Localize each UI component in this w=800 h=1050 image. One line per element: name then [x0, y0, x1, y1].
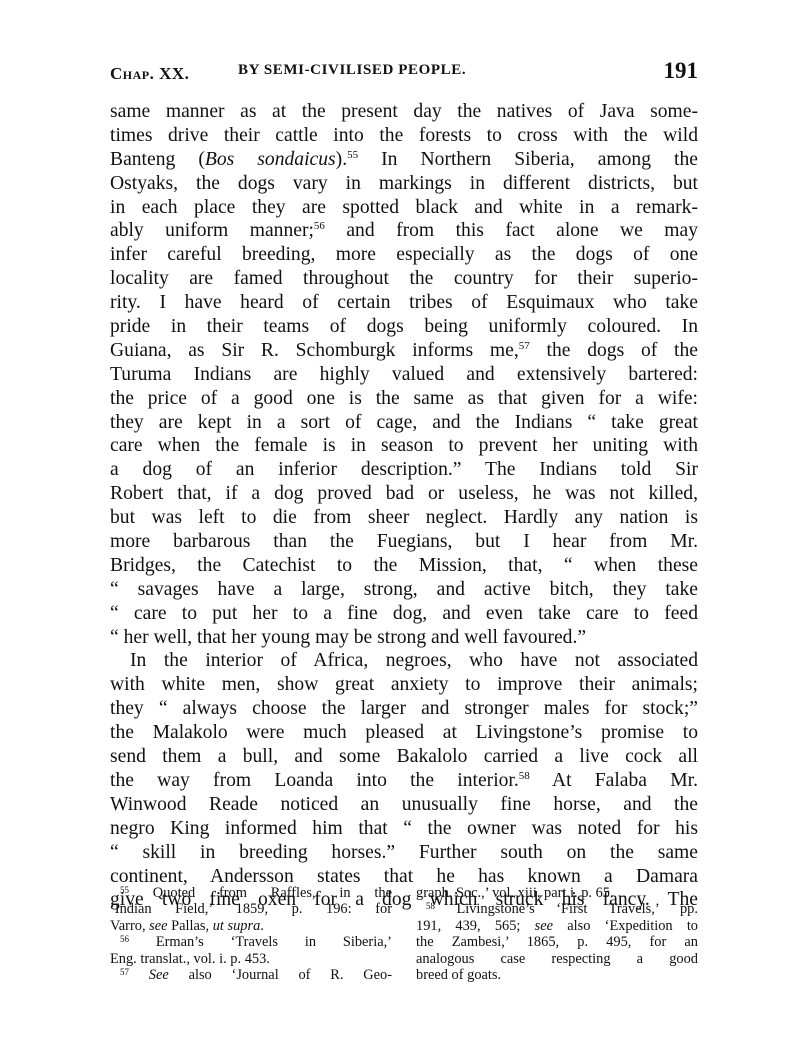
footnote-text: also ‘Journal of R. Geo-	[169, 967, 392, 983]
footnotes-left-column: 55 Quoted from Raffles, in the ‘Indian F…	[110, 885, 392, 983]
text-fragment: At Falaba Mr.	[530, 770, 698, 791]
text-line: they are kept in a sort of cage, and the…	[110, 411, 698, 435]
footnote-number: 56	[120, 934, 129, 944]
footnote-58: 58 Livingstone’s ‘First Travels,’ pp.	[416, 901, 698, 917]
footnote-number: 57	[120, 967, 129, 977]
running-head: Chap. XX. BY SEMI-CIVILISED PEOPLE. 191	[110, 58, 698, 88]
text-fragment: the way from Loanda into the interior.	[110, 770, 519, 791]
text-fragment: ably uniform manner;	[110, 220, 314, 241]
footnote-line: ‘Indian Field,’ 1859, p. 196: for	[110, 901, 392, 917]
text-line: Robert that, if a dog proved bad or usel…	[110, 482, 698, 506]
italic-text: ut supra	[213, 918, 261, 934]
text-line: pride in their teams of dogs being unifo…	[110, 315, 698, 339]
text-line: “ her well, that her young may be strong…	[110, 626, 698, 650]
text-line: Bridges, the Catechist to the Mission, t…	[110, 554, 698, 578]
text-line: “ savages have a large, strong, and acti…	[110, 578, 698, 602]
italic-text: See	[149, 967, 169, 983]
footnote-57: 57 See also ‘Journal of R. Geo-	[110, 967, 392, 983]
text-line: send them a bull, and some Bakalolo carr…	[110, 745, 698, 769]
footnote-text: Quoted from Raffles, in the	[153, 885, 392, 901]
footnote-line: Eng. translat., vol. i. p. 453.	[110, 951, 392, 967]
text-line: Banteng (Bos sondaicus).55 In Northern S…	[110, 148, 698, 172]
footnotes-right-column: graph. Soc.,’ vol. xiii. part i. p. 65. …	[416, 885, 698, 983]
footnote-number: 55	[120, 885, 129, 895]
text-fragment: the dogs of the	[530, 340, 698, 361]
footnote-ref[interactable]: 56	[314, 220, 325, 232]
footnote-line: 191, 439, 565; see also ‘Expedition to	[416, 918, 698, 934]
chapter-label: Chap. XX.	[110, 64, 189, 84]
footnote-line: graph. Soc.,’ vol. xiii. part i. p. 65.	[416, 885, 698, 901]
text-line: care when the female is in season to pre…	[110, 434, 698, 458]
footnote-ref[interactable]: 57	[519, 340, 530, 352]
footnote-line: breed of goats.	[416, 967, 698, 983]
footnote-line: the Zambesi,’ 1865, p. 495, for an	[416, 934, 698, 950]
footnote-55: 55 Quoted from Raffles, in the	[110, 885, 392, 901]
text-fragment: In Northern Siberia, among the	[358, 149, 698, 170]
text-line: rity. I have heard of certain tribes of …	[110, 291, 698, 315]
text-line: but was left to die from sheer neglect. …	[110, 506, 698, 530]
body-text: same manner as at the present day the na…	[110, 100, 698, 912]
text-fragment: Pallas,	[168, 918, 213, 934]
text-line: ably uniform manner;56 and from this fac…	[110, 219, 698, 243]
footnote-text: Livingstone’s ‘First Travels,’ pp.	[456, 901, 698, 917]
paragraph-start-line: In the interior of Africa, negroes, who …	[110, 649, 698, 673]
text-fragment: Guiana, as Sir R. Schomburgk informs me,	[110, 340, 519, 361]
footnote-56: 56 Erman’s ‘Travels in Siberia,’	[110, 934, 392, 950]
text-line: the way from Loanda into the interior.58…	[110, 769, 698, 793]
text-line: Guiana, as Sir R. Schomburgk informs me,…	[110, 339, 698, 363]
text-line: “ skill in breeding horses.” Further sou…	[110, 841, 698, 865]
text-line: Ostyaks, the dogs vary in markings in di…	[110, 172, 698, 196]
footnote-ref[interactable]: 58	[519, 770, 530, 782]
text-fragment: also ‘Expedition to	[553, 918, 698, 934]
italic-text: see	[535, 918, 553, 934]
text-line: locality are famed throughout the countr…	[110, 267, 698, 291]
italic-species-name: Bos sondaicus	[205, 149, 336, 170]
text-line: the price of a good one is the same as t…	[110, 387, 698, 411]
text-line: “ care to put her to a fine dog, and eve…	[110, 602, 698, 626]
text-fragment: Varro,	[110, 918, 149, 934]
text-line: the Malakolo were much pleased at Living…	[110, 721, 698, 745]
text-line: same manner as at the present day the na…	[110, 100, 698, 124]
text-line: in each place they are spotted black and…	[110, 196, 698, 220]
text-line: a dog of an inferior description.” The I…	[110, 458, 698, 482]
text-line: with white men, show great anxiety to im…	[110, 673, 698, 697]
italic-text: see	[149, 918, 167, 934]
footnote-line: analogous case respecting a good	[416, 951, 698, 967]
footnote-ref[interactable]: 55	[347, 149, 358, 161]
text-fragment: and from this fact alone we may	[325, 220, 698, 241]
running-title: BY SEMI-CIVILISED PEOPLE.	[238, 62, 466, 79]
text-line: more barbarous than the Fuegians, but I …	[110, 530, 698, 554]
book-page: Chap. XX. BY SEMI-CIVILISED PEOPLE. 191 …	[110, 58, 698, 912]
page-number: 191	[664, 58, 699, 84]
text-line: negro King informed him that “ the owner…	[110, 817, 698, 841]
footnote-number: 58	[426, 901, 435, 911]
text-line: Winwood Reade noticed an unusually fine …	[110, 793, 698, 817]
footnote-line: Varro, see Pallas, ut supra.	[110, 918, 392, 934]
text-fragment: .	[260, 918, 264, 934]
text-fragment: ).	[336, 149, 347, 170]
text-fragment: Banteng (	[110, 149, 205, 170]
text-line: Turuma Indians are highly valued and ext…	[110, 363, 698, 387]
text-line: they “ always choose the larger and stro…	[110, 697, 698, 721]
text-line: times drive their cattle into the forest…	[110, 124, 698, 148]
footnote-text: Erman’s ‘Travels in Siberia,’	[156, 934, 392, 950]
text-line: infer careful breeding, more especially …	[110, 243, 698, 267]
text-fragment: 191, 439, 565;	[416, 918, 535, 934]
